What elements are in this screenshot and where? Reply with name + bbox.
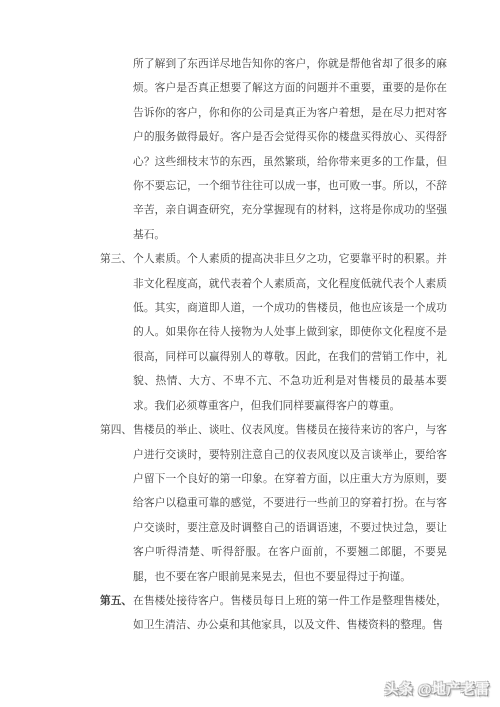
- paragraph-text: 在售楼处接待客户。售楼员每日上班的第一件工作是整理售楼处，如卫生清洁、办公桌和其…: [133, 589, 447, 638]
- document-body: 所了解到了东西详尽地告知你的客户，你就是帮他省却了很多的麻烦。客户是否真正想要了…: [100, 52, 447, 638]
- watermark: 头条 @地产老雷: [384, 679, 490, 699]
- watermark-text: 头条 @地产老雷: [384, 681, 490, 697]
- paragraph-label: 第五、: [100, 589, 133, 638]
- paragraph-label: 第四、: [100, 418, 133, 589]
- paragraph-text: 个人素质。个人素质的提高决非旦夕之功，它要靠平时的积累。并非文化程度高，就代表着…: [133, 247, 447, 418]
- paragraph: 第三、个人素质。个人素质的提高决非旦夕之功，它要靠平时的积累。并非文化程度高，就…: [100, 247, 447, 418]
- paragraph-label: [100, 52, 133, 247]
- paragraph: 所了解到了东西详尽地告知你的客户，你就是帮他省却了很多的麻烦。客户是否真正想要了…: [100, 52, 447, 247]
- paragraph: 第五、在售楼处接待客户。售楼员每日上班的第一件工作是整理售楼处，如卫生清洁、办公…: [100, 589, 447, 638]
- paragraph-text: 所了解到了东西详尽地告知你的客户，你就是帮他省却了很多的麻烦。客户是否真正想要了…: [133, 52, 447, 247]
- paragraph-label: 第三、: [100, 247, 133, 418]
- document-page: 所了解到了东西详尽地告知你的客户，你就是帮他省却了很多的麻烦。客户是否真正想要了…: [0, 0, 500, 707]
- paragraph-text: 售楼员的举止、谈吐、仪表风度。售楼员在接待来访的客户，与客户进行交谈时，要特别注…: [133, 418, 447, 589]
- paragraph: 第四、售楼员的举止、谈吐、仪表风度。售楼员在接待来访的客户，与客户进行交谈时，要…: [100, 418, 447, 589]
